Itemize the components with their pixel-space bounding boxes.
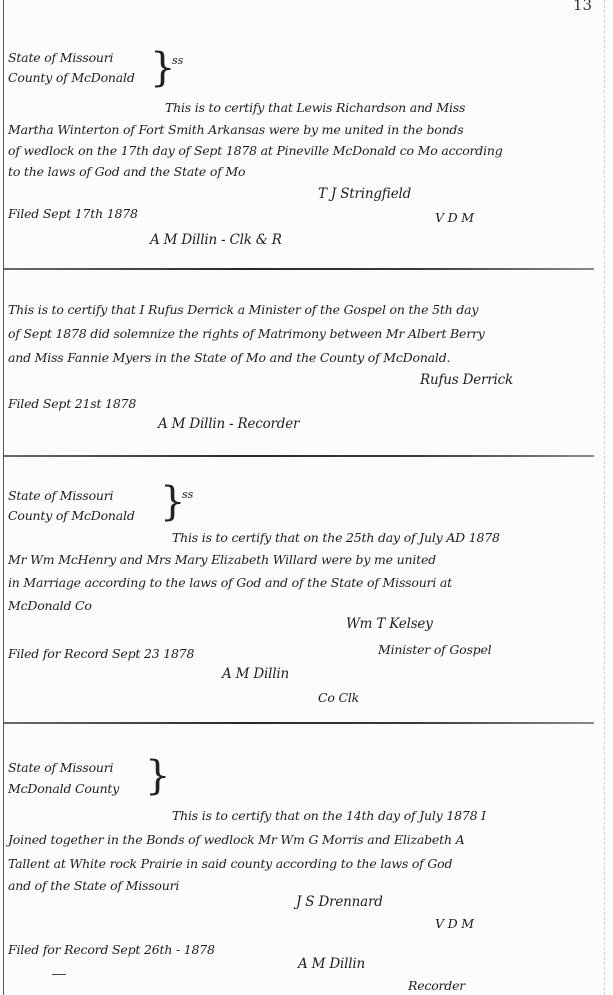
officiant-signature: T J Stringfield — [318, 186, 411, 202]
caption-ss-mark: ss — [182, 488, 193, 501]
caption-county: McDonald County — [8, 781, 119, 796]
recorder-signature: A M Dillin - Recorder — [158, 416, 299, 432]
record-body-line: This is to certify that Lewis Richardson… — [165, 100, 465, 115]
recorder-title: Recorder — [408, 978, 465, 993]
record-body-line: of wedlock on the 17th day of Sept 1878 … — [8, 143, 503, 158]
officiant-signature: Wm T Kelsey — [346, 616, 433, 632]
record-body-line: This is to certify that I Rufus Derrick … — [8, 302, 478, 317]
record-body-line: McDonald Co — [8, 598, 92, 613]
officiant-title: V D M — [435, 916, 474, 931]
ledger-page: 13 State of Missouri County of McDonald … — [0, 0, 613, 995]
record-body-line: of Sept 1878 did solemnize the rights of… — [8, 326, 485, 341]
filed-date: Filed for Record Sept 26th - 1878 — [8, 942, 215, 957]
filed-date: Filed for Record Sept 23 1878 — [8, 646, 194, 661]
record-body-line: Joined together in the Bonds of wedlock … — [8, 832, 464, 847]
record-divider — [4, 722, 594, 724]
recorder-title: Co Clk — [318, 690, 359, 705]
filed-date: Filed Sept 21st 1878 — [8, 396, 136, 411]
left-margin-rule — [3, 0, 4, 995]
record-body-line: in Marriage according to the laws of God… — [8, 575, 452, 590]
caption-state: State of Missouri — [8, 760, 113, 775]
record-body-line: and Miss Fannie Myers in the State of Mo… — [8, 350, 450, 365]
record-body-line: This is to certify that on the 25th day … — [172, 530, 500, 545]
record-divider — [4, 455, 594, 457]
ink-mark — [52, 974, 66, 975]
recorder-signature: A M Dillin — [222, 666, 289, 682]
caption-brace: } — [145, 756, 170, 796]
recorder-signature: A M Dillin — [298, 956, 365, 972]
caption-state: State of Missouri — [8, 488, 113, 503]
record-divider — [4, 268, 594, 270]
officiant-signature: J S Drennard — [296, 894, 383, 910]
recorder-signature: A M Dillin - Clk & R — [150, 232, 282, 248]
caption-ss-mark: ss — [172, 54, 183, 67]
page-edge — [604, 0, 606, 995]
record-body-line: Martha Winterton of Fort Smith Arkansas … — [8, 122, 463, 137]
record-body-line: This is to certify that on the 14th day … — [172, 808, 486, 823]
caption-state: State of Missouri — [8, 50, 113, 65]
record-body-line: Mr Wm McHenry and Mrs Mary Elizabeth Wil… — [8, 552, 436, 567]
page-number: 13 — [573, 0, 592, 14]
officiant-title: V D M — [435, 210, 474, 225]
record-body-line: and of the State of Missouri — [8, 878, 179, 893]
officiant-title: Minister of Gospel — [378, 642, 491, 657]
officiant-signature: Rufus Derrick — [420, 372, 513, 388]
caption-county: County of McDonald — [8, 70, 135, 85]
record-body-line: to the laws of God and the State of Mo — [8, 164, 245, 179]
caption-county: County of McDonald — [8, 508, 135, 523]
record-body-line: Tallent at White rock Prairie in said co… — [8, 856, 452, 871]
filed-date: Filed Sept 17th 1878 — [8, 206, 138, 221]
